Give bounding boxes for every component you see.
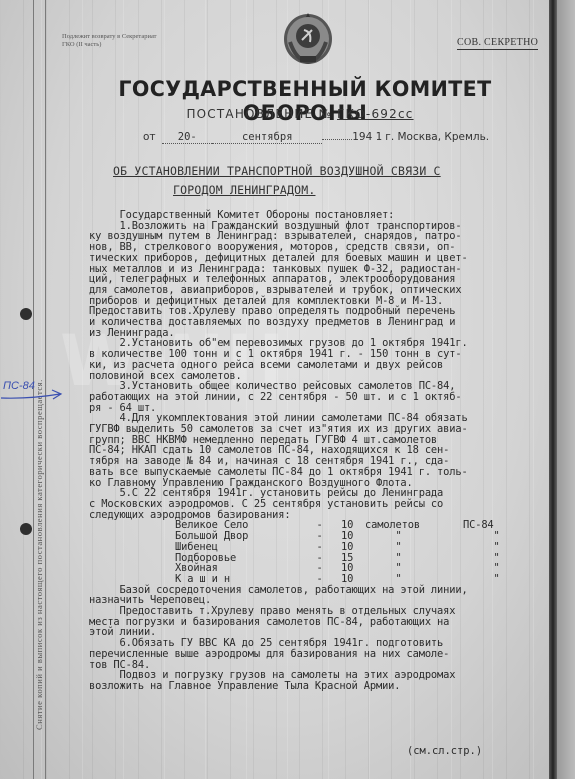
decree-number: ПОСТАНОВЛЕНИЕ № ГКО-692сс	[100, 107, 500, 121]
airfield-name: Шибенец	[89, 542, 286, 553]
airfield-name: К а ш и н	[89, 574, 286, 585]
airfield-dash: -	[286, 542, 341, 553]
classification-label: СОВ. СЕКРЕТНО	[457, 37, 538, 50]
decree-date: от 20-сентября194 1 г. Москва, Кремль.	[143, 131, 489, 144]
paragraph-6: 6.Обязать ГУ ВВС КА до 25 сентября 1941г…	[89, 638, 529, 692]
copy-prohibition-stamp: Снятие копий и выписок из настоящего пос…	[34, 130, 44, 730]
binding-shadow	[549, 0, 557, 779]
return-note: Подлежит возврату в Секретариат ГКО (II …	[62, 33, 157, 49]
airfield-row: К а ш и н -10 " "	[89, 574, 529, 585]
paragraph-5: 5.С 22 сентября 1941г. установить рейсы …	[89, 488, 529, 520]
airfield-aircraft-type: "	[463, 573, 500, 585]
airfield-dash: -	[286, 574, 341, 585]
airfield-unit: "	[365, 574, 463, 585]
decree-body: Государственный Комитет Обороны постанов…	[89, 210, 529, 692]
airfield-count: 10	[341, 542, 365, 553]
decree-subject: ОБ УСТАНОВЛЕНИИ ТРАНСПОРТНОЙ ВОЗДУШНОЙ С…	[113, 162, 503, 200]
paragraph-2: 2.Установить об"ем перевозимых грузов до…	[89, 338, 529, 381]
paragraph-1: 1.Возложить на Гражданский воздушный фло…	[89, 221, 529, 339]
ussr-emblem-icon	[282, 12, 334, 70]
punch-hole	[20, 308, 32, 320]
airfield-count: 10	[341, 574, 365, 585]
airfields-table: Великое Село -10самолетовПС-84Большой Дв…	[89, 520, 529, 584]
paragraph-3: 3.Установить общее количество рейсовых с…	[89, 381, 529, 413]
airfield-unit: "	[365, 542, 463, 553]
arrow-right-icon	[0, 388, 64, 402]
punch-hole	[20, 523, 32, 535]
page-edge	[557, 0, 575, 779]
see-next-page: (см.сл.стр.)	[407, 745, 482, 757]
paragraph-4: 4.Для укомплектования этой линии самолет…	[89, 413, 529, 488]
document-page: WWII Подлежит возврату в Секретариат ГКО…	[0, 0, 575, 779]
paragraph-5b: Базой сосредоточения самолетов, работающ…	[89, 585, 529, 639]
